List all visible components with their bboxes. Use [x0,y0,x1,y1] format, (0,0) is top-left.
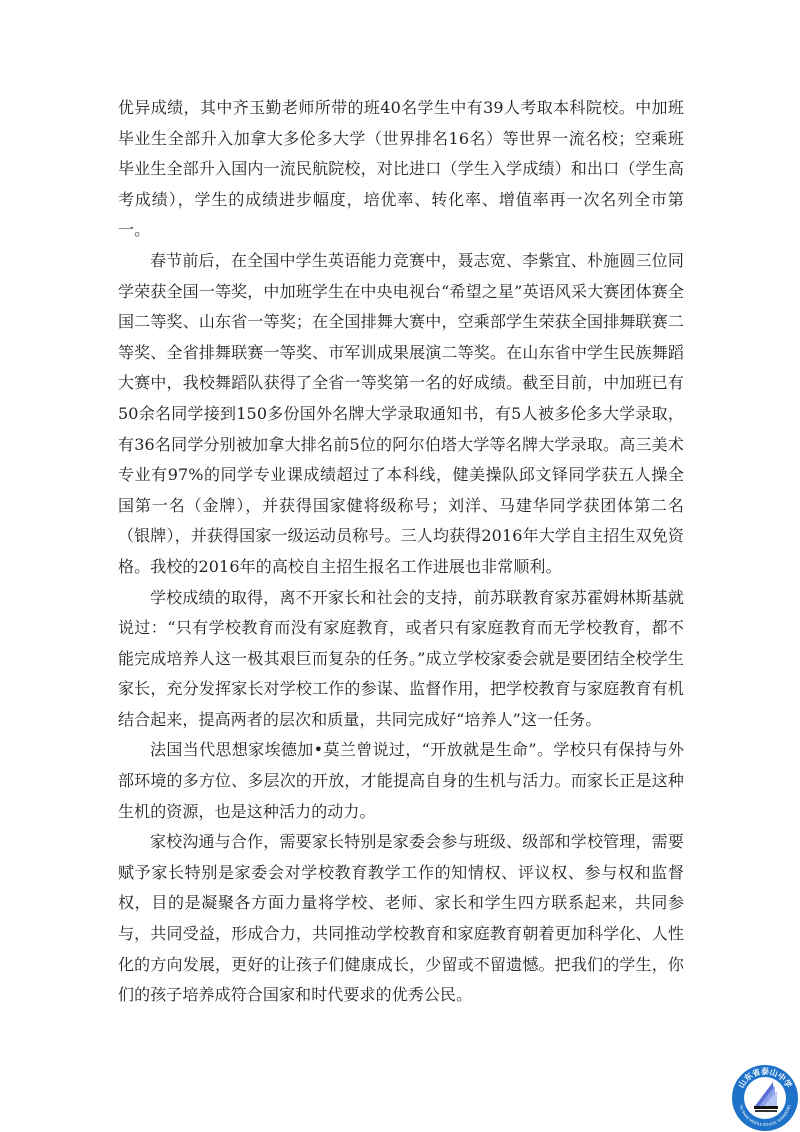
paragraph-3: 学校成绩的取得，离不开家长和社会的支持，前苏联教育家苏霍姆林斯基就说过：“只有学… [118,583,684,736]
paragraph-4: 法国当代思想家埃德加•莫兰曾说过，“开放就是生命”。学校只有保持与外部环境的多方… [118,735,684,827]
paragraph-1: 优异成绩，其中齐玉勤老师所带的班40名学生中有39人考取本科院校。中加班毕业生全… [118,93,684,246]
school-emblem-icon: 山东省泰山中学 TAI SHAN MIDDLE SCHOOL SHANDONG [731,1064,799,1132]
paragraph-2: 春节前后，在全国中学生英语能力竞赛中，聂志宽、李紫宜、朴施圆三位同学荣获全国一等… [118,246,684,583]
paragraph-5: 家校沟通与合作，需要家长特别是家委会参与班级、级部和学校管理，需要赋予家长特别是… [118,827,684,1011]
document-body: 优异成绩，其中齐玉勤老师所带的班40名学生中有39人考取本科院校。中加班毕业生全… [118,93,684,1011]
